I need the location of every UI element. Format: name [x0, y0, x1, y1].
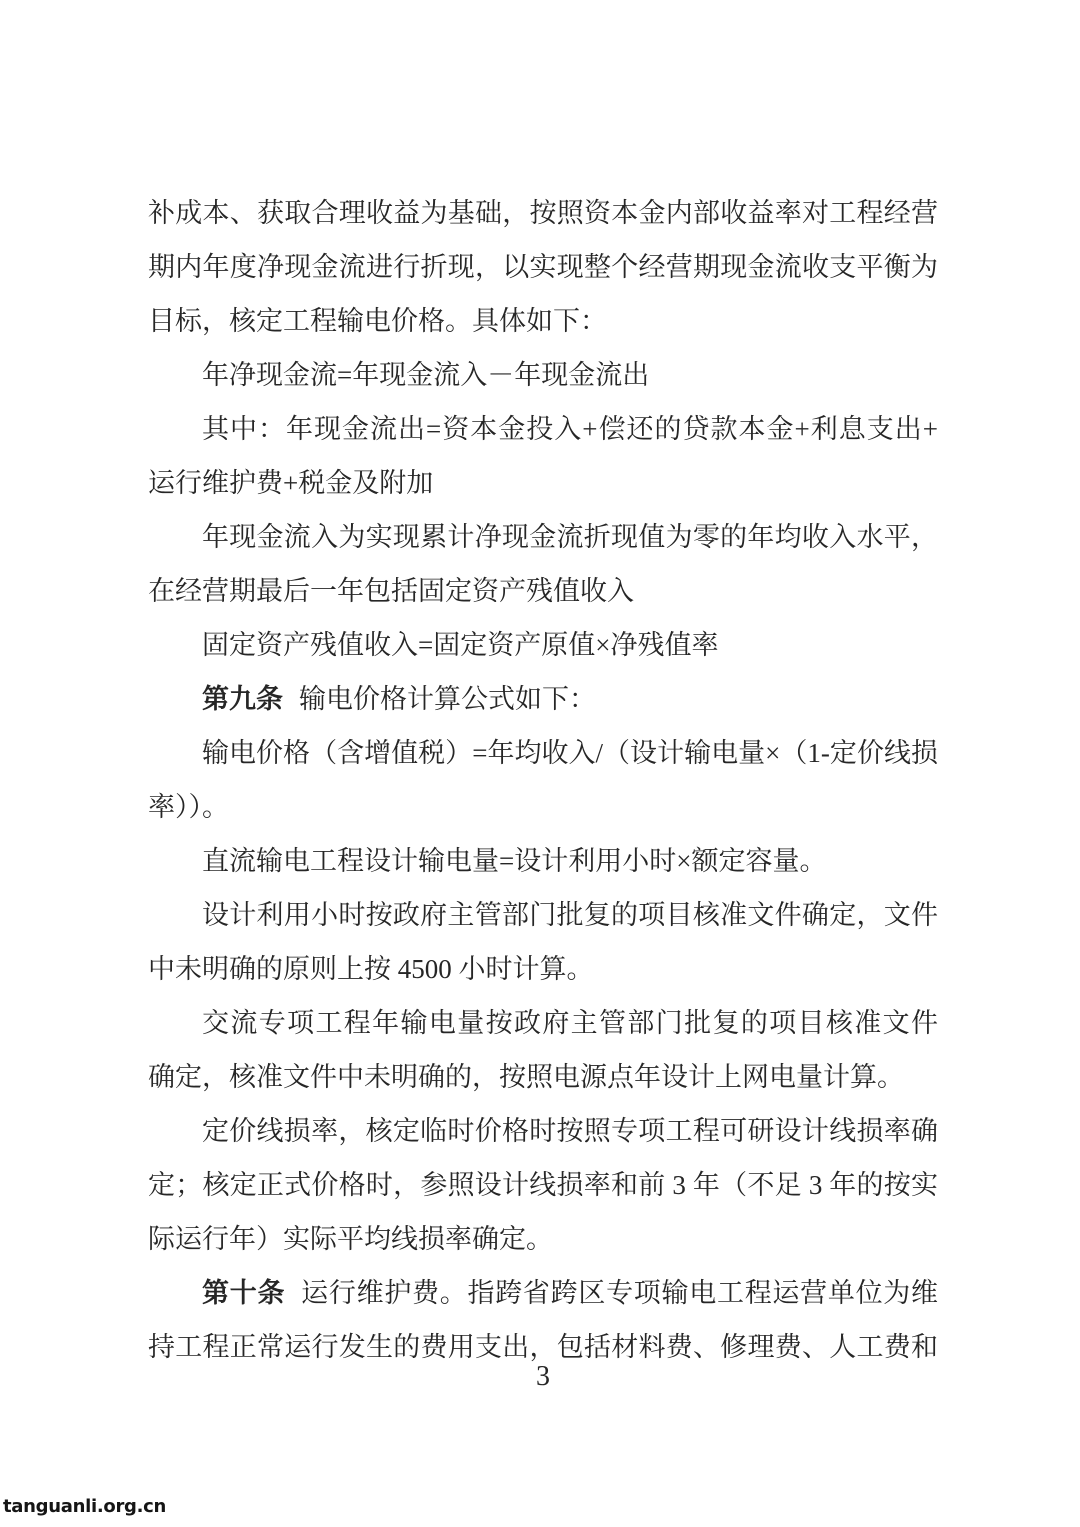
- line-text: 运行维护费。指跨省跨区专项输电工程运营单位为维: [301, 1278, 938, 1308]
- document-page: 补成本、获取合理收益为基础，按照资本金内部收益率对工程经营期内年度净现金流进行折…: [0, 0, 1080, 1527]
- text-line: 确定，核准文件中未明确的，按照电源点年设计上网电量计算。: [148, 1050, 938, 1104]
- text-line: 在经营期最后一年包括固定资产残值收入: [148, 564, 938, 618]
- article-number-bold: 第十条: [202, 1278, 285, 1308]
- text-line: 其中：年现金流出=资本金投入+偿还的贷款本金+利息支出+: [148, 402, 938, 456]
- text-line: 第九条输电价格计算公式如下：: [148, 672, 938, 726]
- text-line: 补成本、获取合理收益为基础，按照资本金内部收益率对工程经营: [148, 186, 938, 240]
- watermark-url: tanguanli.org.cn: [3, 1494, 166, 1520]
- text-line: 年现金流入为实现累计净现金流折现值为零的年均收入水平，: [148, 510, 938, 564]
- text-line: 输电价格（含增值税）=年均收入/（设计输电量×（1-定价线损: [148, 726, 938, 780]
- text-line: 定；核定正式价格时，参照设计线损率和前 3 年（不足 3 年的按实: [148, 1158, 938, 1212]
- text-line: 定价线损率，核定临时价格时按照专项工程可研设计线损率确: [148, 1104, 938, 1158]
- text-line: 期内年度净现金流进行折现，以实现整个经营期现金流收支平衡为: [148, 240, 938, 294]
- text-line: 运行维护费+税金及附加: [148, 456, 938, 510]
- text-line: 目标，核定工程输电价格。具体如下：: [148, 294, 938, 348]
- text-line: 直流输电工程设计输电量=设计利用小时×额定容量。: [148, 834, 938, 888]
- text-line: 际运行年）实际平均线损率确定。: [148, 1212, 938, 1266]
- article-number-bold: 第九条: [202, 684, 283, 714]
- document-lines: 补成本、获取合理收益为基础，按照资本金内部收益率对工程经营期内年度净现金流进行折…: [148, 186, 938, 1374]
- text-line: 固定资产残值收入=固定资产原值×净残值率: [148, 618, 938, 672]
- page-number: 3: [148, 1350, 938, 1404]
- text-line: 中未明确的原则上按 4500 小时计算。: [148, 942, 938, 996]
- line-text: 输电价格计算公式如下：: [299, 684, 596, 714]
- text-line: 第十条运行维护费。指跨省跨区专项输电工程运营单位为维: [148, 1266, 938, 1320]
- text-line: 率））。: [148, 780, 938, 834]
- text-line: 设计利用小时按政府主管部门批复的项目核准文件确定，文件: [148, 888, 938, 942]
- text-line: 交流专项工程年输电量按政府主管部门批复的项目核准文件: [148, 996, 938, 1050]
- text-line: 年净现金流=年现金流入－年现金流出: [148, 348, 938, 402]
